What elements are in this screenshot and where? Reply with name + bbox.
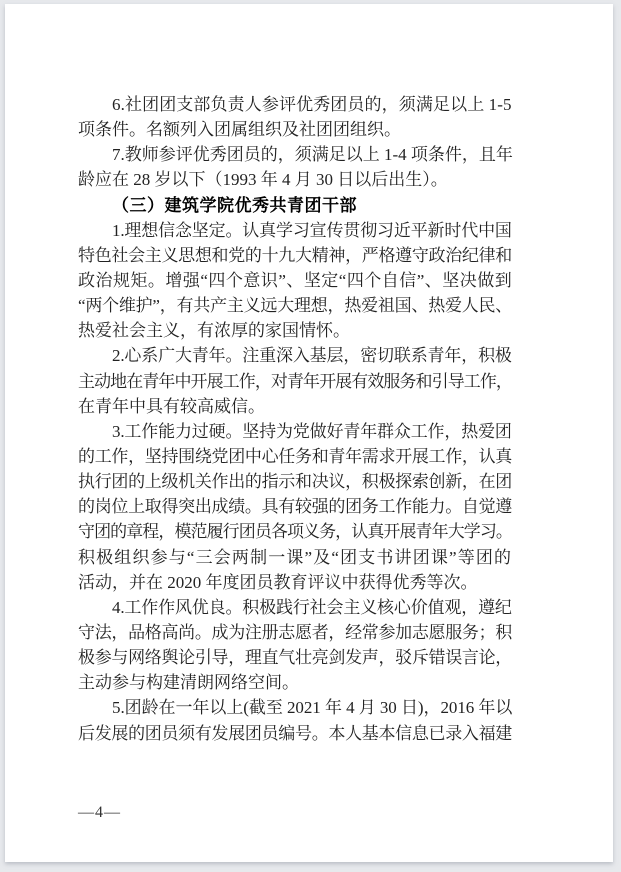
doc-line: 4.工作作风优良。积极践行社会主义核心价值观，遵纪 (78, 595, 512, 620)
doc-line: 活动，并在 2020 年度团员教育评议中获得优秀等次。 (78, 570, 512, 595)
doc-line: 极参与网络舆论引导，理直气壮亮剑发声，驳斥错误言论， (78, 645, 512, 670)
doc-line-text: 在青年中具有较高威信。 (78, 397, 265, 416)
doc-line: 龄应在 28 岁以下（1993 年 4 月 30 日以后出生）。 (78, 167, 512, 192)
doc-line: 项条件。名额列入团属组织及社团团组织。 (78, 117, 512, 142)
doc-line: 守团的章程，模范履行团员各项义务，认真开展青年大学习。 (78, 519, 512, 544)
doc-line-text: 项条件。名额列入团属组织及社团团组织。 (78, 120, 401, 139)
doc-line-text: 主动参与构建清朗网络空间。 (78, 673, 299, 692)
section-heading: （三）建筑学院优秀共青团干部 (78, 193, 512, 218)
doc-line-text: 活动，并在 2020 年度团员教育评议中获得优秀等次。 (78, 573, 478, 592)
document-page: 6.社团团支部负责人参评优秀团员的，须满足以上 1-5项条件。名额列入团属组织及… (5, 4, 613, 862)
doc-line: 2.心系广大青年。注重深入基层，密切联系青年，积极 (78, 343, 512, 368)
doc-line: 在青年中具有较高威信。 (78, 394, 512, 419)
doc-line: 主动地在青年中开展工作，对青年开展有效服务和引导工作， (78, 369, 512, 394)
doc-line-text: 特色社会主义思想和党的十九大精神，严格遵守政治纪律和 (78, 246, 512, 265)
doc-line: 6.社团团支部负责人参评优秀团员的，须满足以上 1-5 (78, 92, 512, 117)
doc-line: 的工作，坚持围绕党团中心任务和青年需求开展工作，认真 (78, 444, 512, 469)
doc-line: 热爱社会主义，有浓厚的家国情怀。 (78, 318, 512, 343)
doc-line-text: 主动地在青年中开展工作，对青年开展有效服务和引导工作， (78, 372, 512, 391)
doc-line: 积极组织参与“三会两制一课”及“团支书讲团课”等团的 (78, 545, 512, 570)
doc-line: 的岗位上取得突出成绩。具有较强的团务工作能力。自觉遵 (78, 494, 512, 519)
doc-line-text: 执行团的上级机关作出的指示和决议，积极探索创新，在团 (78, 472, 512, 491)
doc-line-text: 的岗位上取得突出成绩。具有较强的团务工作能力。自觉遵 (78, 497, 512, 516)
doc-line-text: 3.工作能力过硬。坚持为党做好青年群众工作，热爱团 (112, 422, 512, 441)
doc-line-text: （三）建筑学院优秀共青团干部 (112, 196, 357, 215)
doc-line-text: 4.工作作风优良。积极践行社会主义核心价值观，遵纪 (112, 598, 512, 617)
doc-line-text: 6.社团团支部负责人参评优秀团员的，须满足以上 1-5 (112, 95, 512, 114)
doc-line-text: 的工作，坚持围绕党团中心任务和青年需求开展工作，认真 (78, 447, 512, 466)
doc-line-text: 守团的章程，模范履行团员各项义务，认真开展青年大学习。 (78, 522, 512, 541)
doc-line-text: 政治规矩。增强“四个意识”、坚定“四个自信”、坚决做到 (78, 271, 512, 290)
doc-line: 后发展的团员须有发展团员编号。本人基本信息已录入福建 (78, 721, 512, 746)
doc-line: 政治规矩。增强“四个意识”、坚定“四个自信”、坚决做到 (78, 268, 512, 293)
doc-line-text: 极参与网络舆论引导，理直气壮亮剑发声，驳斥错误言论， (78, 648, 512, 667)
doc-line-text: “两个维护”，有共产主义远大理想，热爱祖国、热爱人民、 (78, 296, 512, 315)
page-number: —4— (78, 804, 121, 822)
doc-line-text: 龄应在 28 岁以下（1993 年 4 月 30 日以后出生）。 (78, 170, 448, 189)
document-viewer-canvas: 6.社团团支部负责人参评优秀团员的，须满足以上 1-5项条件。名额列入团属组织及… (0, 0, 621, 872)
doc-line: 3.工作能力过硬。坚持为党做好青年群众工作，热爱团 (78, 419, 512, 444)
doc-line-text: 5.团龄在一年以上(截至 2021 年 4 月 30 日)，2016 年以 (112, 698, 512, 717)
document-body: 6.社团团支部负责人参评优秀团员的，须满足以上 1-5项条件。名额列入团属组织及… (78, 92, 512, 746)
doc-line-text: 热爱社会主义，有浓厚的家国情怀。 (78, 321, 350, 340)
doc-line-text: 后发展的团员须有发展团员编号。本人基本信息已录入福建 (78, 724, 512, 743)
doc-line-text: 7.教师参评优秀团员的，须满足以上 1-4 项条件，且年 (112, 145, 513, 164)
doc-line-text: 积极组织参与“三会两制一课”及“团支书讲团课”等团的 (78, 548, 512, 567)
doc-line: 主动参与构建清朗网络空间。 (78, 670, 512, 695)
doc-line: 7.教师参评优秀团员的，须满足以上 1-4 项条件，且年 (78, 142, 512, 167)
doc-line: “两个维护”，有共产主义远大理想，热爱祖国、热爱人民、 (78, 293, 512, 318)
doc-line-text: 守法，品格高尚。成为注册志愿者，经常参加志愿服务；积 (78, 623, 512, 642)
doc-line: 5.团龄在一年以上(截至 2021 年 4 月 30 日)，2016 年以 (78, 695, 512, 720)
doc-line: 守法，品格高尚。成为注册志愿者，经常参加志愿服务；积 (78, 620, 512, 645)
doc-line: 1.理想信念坚定。认真学习宣传贯彻习近平新时代中国 (78, 218, 512, 243)
doc-line-text: 1.理想信念坚定。认真学习宣传贯彻习近平新时代中国 (112, 221, 512, 240)
doc-line: 执行团的上级机关作出的指示和决议，积极探索创新，在团 (78, 469, 512, 494)
doc-line-text: 2.心系广大青年。注重深入基层，密切联系青年，积极 (112, 346, 512, 365)
doc-line: 特色社会主义思想和党的十九大精神，严格遵守政治纪律和 (78, 243, 512, 268)
